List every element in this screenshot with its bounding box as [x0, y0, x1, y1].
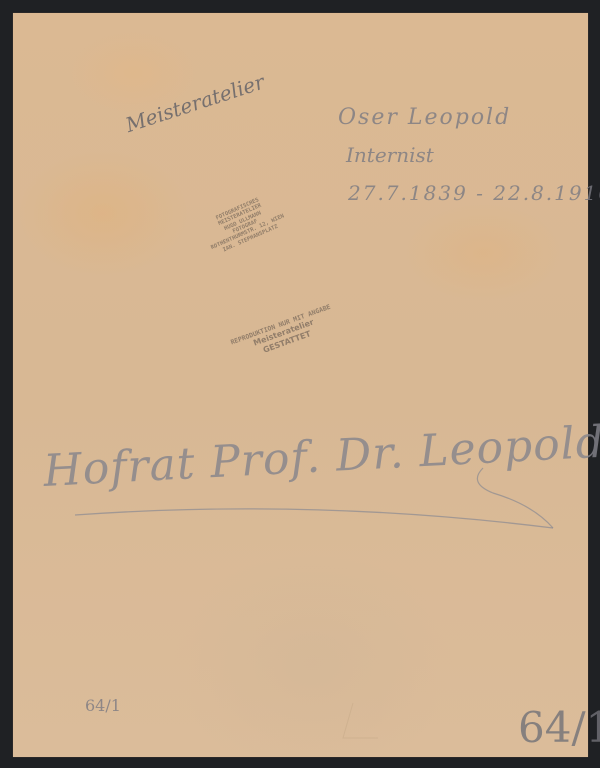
- photo-card-back: Meisteratelier Oser Leopold Internist 27…: [13, 13, 588, 757]
- archive-number-small: 64/1: [85, 696, 121, 715]
- signature-flourish-icon: [13, 13, 588, 757]
- archive-number-large: 64/1: [518, 703, 600, 752]
